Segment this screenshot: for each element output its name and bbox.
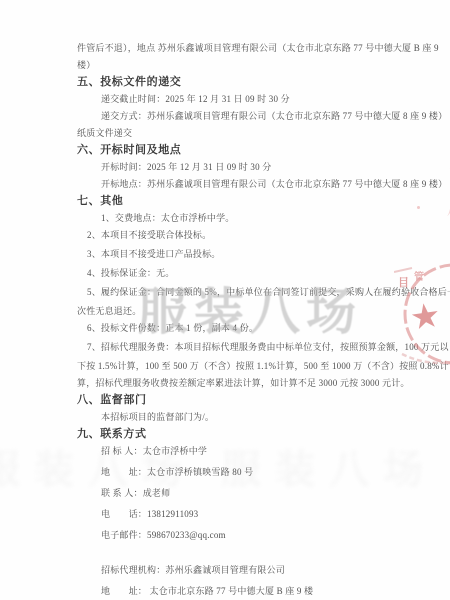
section-heading: 五、投标文件的递交 [77,76,436,89]
doc-line: 2、本项目不接受联合体投标。 [77,229,436,242]
svg-text:管: 管 [414,270,424,283]
section-heading: 八、监督部门 [77,394,436,407]
doc-line: 本招标项目的监督部门为/。 [77,411,436,424]
doc-line: 1、交费地点：太仓市浮桥中学。 [77,212,436,225]
doc-line: 招标代理机构：苏州乐鑫诚项目管理有限公司 [77,564,436,577]
seal-stray-dot [417,206,420,209]
doc-line: 开标地点：苏州乐鑫诚项目管理有限公司（太仓市北京东路 77 号中德大厦 8 座 … [77,178,436,191]
seal-arc-text: 目 [398,276,409,289]
doc-line: 地 址：太仓市浮桥镇映雪路 80 号 [77,466,436,479]
doc-line: 次性无息退还。 [77,305,436,318]
doc-line: 地 址： 太仓市北京东路 77 号中德大厦 B 座 9 楼 [77,585,436,598]
section-heading: 七、其他 [77,195,436,208]
doc-line: 7、招标代理服务费：本项目招标代理服务费由中标单位支付，按照预算金额，100 万… [77,341,436,354]
doc-line: 4、投标保证金：无。 [77,267,436,280]
doc-line: 3、本项目不接受进口产品投标。 [77,248,436,261]
doc-line: 纸质文件递交 [77,127,436,140]
doc-line: 递交方式：苏州乐鑫诚项目管理有限公司（太仓市北京东路 77 号中德大厦 8 座 … [77,110,436,123]
doc-line: 件管后不退），地点 苏州乐鑫诚项目管理有限公司（太仓市北京东路 77 号中德大厦… [77,42,436,55]
seal-edge-mark [441,168,450,217]
document-page: 件管后不退），地点 苏州乐鑫诚项目管理有限公司（太仓市北京东路 77 号中德大厦… [0,0,450,600]
doc-line: 下按 1.5%计算，100 至 500 万（不含）按照 1.1%计算，500 至… [77,360,436,373]
doc-line: 招 标 人：太仓市浮桥中学 [77,445,436,458]
section-heading: 九、联系方式 [77,428,436,441]
doc-line: 楼） [77,59,436,72]
doc-line: 5、履约保证金：合同金额的 5%，中标单位在合同签订前提交，采购人在履约验收合格… [77,286,436,299]
official-seal-icon: 目 管 ★ [394,256,450,374]
doc-line: 6、投标文件份数：正本 1 份，副本 4 份。 [77,322,436,335]
doc-line: 递交截止时间：2025 年 12 月 31 日 09 时 30 分 [77,93,436,106]
section-heading: 六、开标时间及地点 [77,144,436,157]
doc-line: 开标时间：2025 年 12 月 31 日 09 时 30 分 [77,161,436,174]
doc-line: 电子邮件：598670233@qq.com [77,529,436,542]
seal-star: ★ [407,295,443,339]
doc-line: 联 系 人：成老师 [77,487,436,500]
doc-line: 算，招标代理服务收费按差额定率累进法计算，如计算不足 3000 元按 3000 … [77,377,436,390]
doc-line: 电 话：13812911093 [77,508,436,521]
doc-lines: 件管后不退），地点 苏州乐鑫诚项目管理有限公司（太仓市北京东路 77 号中德大厦… [77,42,436,600]
